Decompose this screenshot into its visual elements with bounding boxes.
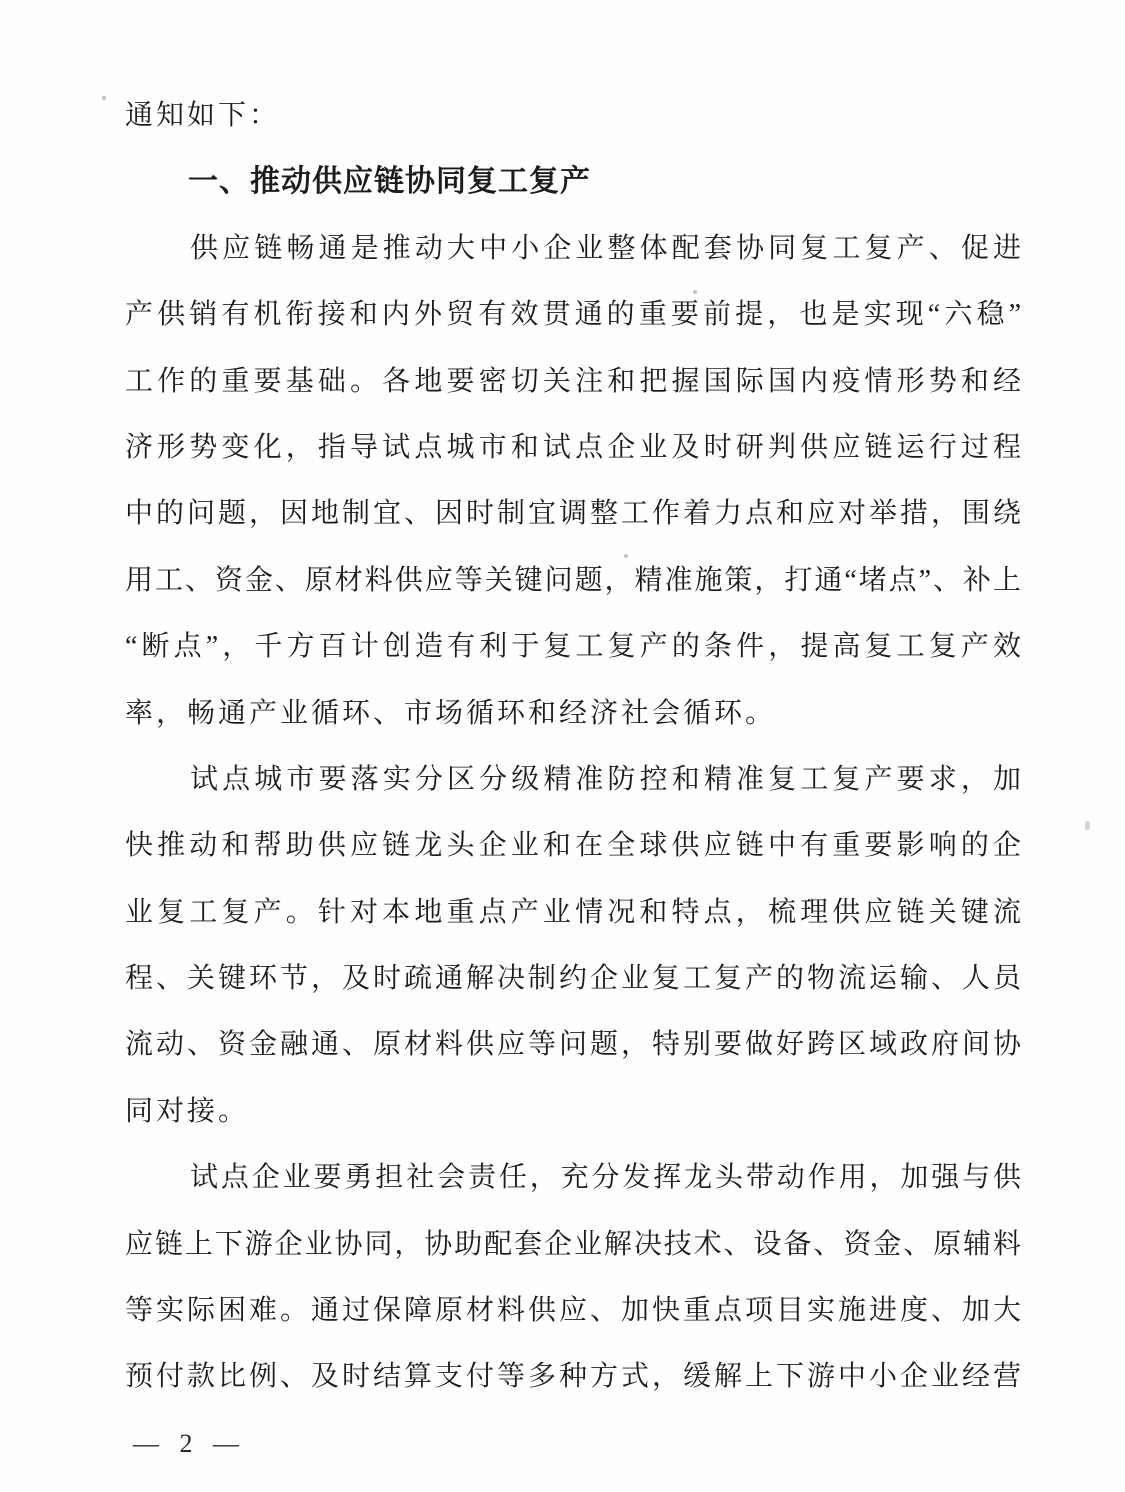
paragraph-2-line-3: 业复工复产。针对本地重点产业情况和特点，梳理供应链关键流 — [125, 880, 1021, 946]
document-page: 通知如下： 一、推动供应链协同复工复产 供应链畅通是推动大中小企业整体配套协同复… — [0, 0, 1125, 1492]
scan-speck — [693, 290, 697, 294]
paragraph-1-line-2: 产供销有机衔接和内外贸有效贯通的重要前提，也是实现“六稳” — [125, 282, 1021, 348]
paragraph-1-line-8: 率，畅通产业循环、市场循环和经济社会循环。 — [125, 681, 1021, 747]
paragraph-2-line-4: 程、关键环节，及时疏通解决制约企业复工复产的物流运输、人员 — [125, 946, 1021, 1012]
paragraph-1-line-5: 中的问题，因地制宜、因时制宜调整工作着力点和应对举措，围绕 — [125, 481, 1021, 547]
paragraph-3-line-3: 等实际困难。通过保障原材料供应、加快重点项目实施进度、加大 — [125, 1278, 1021, 1344]
scan-speck — [1085, 821, 1090, 830]
section-heading: 一、推动供应链协同复工复产 — [125, 149, 1021, 215]
paragraph-3-line-4: 预付款比例、及时结算支付等多种方式，缓解上下游中小企业经营 — [125, 1344, 1021, 1410]
paragraph-2-line-2: 快推动和帮助供应链龙头企业和在全球供应链中有重要影响的企 — [125, 813, 1021, 879]
paragraph-2-line-6: 同对接。 — [125, 1079, 1021, 1145]
paragraph-3-line-1: 试点企业要勇担社会责任，充分发挥龙头带动作用，加强与供 — [125, 1145, 1021, 1211]
paragraph-1-line-6: 用工、资金、原材料供应等关键问题，精准施策，打通“堵点”、补上 — [125, 548, 1021, 614]
paragraph-2-line-1: 试点城市要落实分区分级精准防控和精准复工复产要求，加 — [125, 747, 1021, 813]
paragraph-1-line-4: 济形势变化，指导试点城市和试点企业及时研判供应链运行过程 — [125, 415, 1021, 481]
page-number: — 2 — — [125, 1411, 1021, 1477]
paragraph-3-line-2: 应链上下游企业协同，协助配套企业解决技术、设备、资金、原辅料 — [125, 1212, 1021, 1278]
scan-speck — [102, 96, 106, 100]
paragraph-1-line-1: 供应链畅通是推动大中小企业整体配套协同复工复产、促进 — [125, 216, 1021, 282]
scan-speck — [624, 554, 628, 558]
paragraph-2-line-5: 流动、资金融通、原材料供应等问题，特别要做好跨区域政府间协 — [125, 1012, 1021, 1078]
paragraph-1-line-7: “断点”，千方百计创造有利于复工复产的条件，提高复工复产效 — [125, 614, 1021, 680]
paragraph-1-line-3: 工作的重要基础。各地要密切关注和把握国际国内疫情形势和经 — [125, 349, 1021, 415]
continuation-line: 通知如下： — [125, 83, 1021, 149]
document-body: 通知如下： 一、推动供应链协同复工复产 供应链畅通是推动大中小企业整体配套协同复… — [125, 83, 1021, 1477]
